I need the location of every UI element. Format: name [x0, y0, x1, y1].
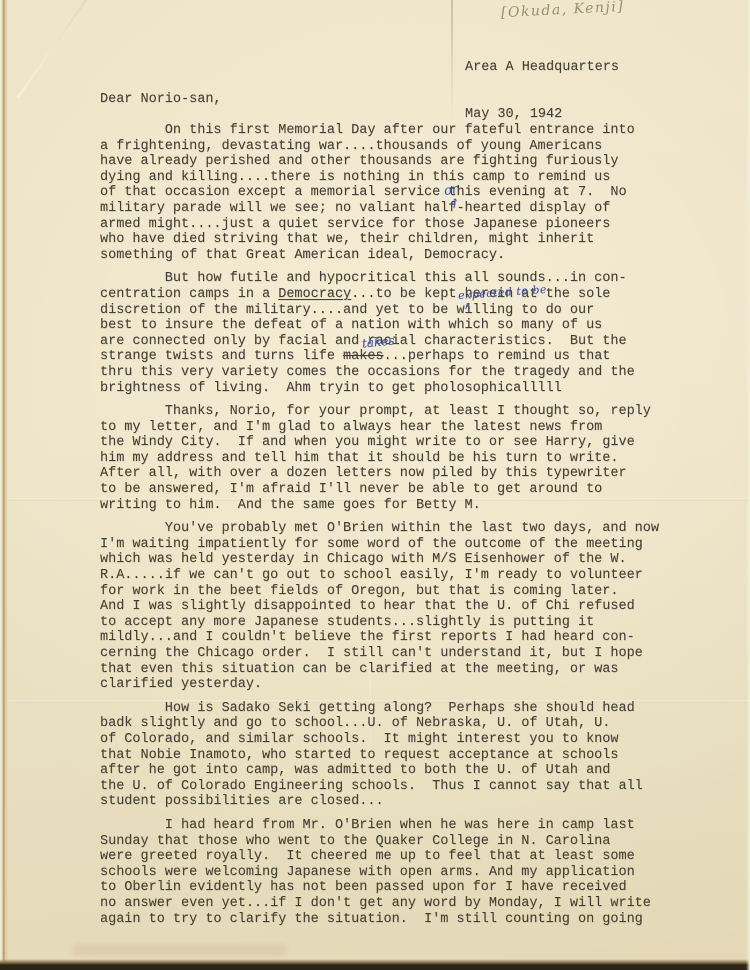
heading-organization: Area A Headquarters [465, 60, 619, 76]
letter-line: to be answered, I'm afraid I'll never be… [100, 482, 659, 498]
paragraph: Thanks, Norio, for your prompt, at least… [100, 404, 659, 513]
letter-line: R.A.....if we can't go out to school eas… [100, 568, 659, 584]
letter-line: I had heard from Mr. O'Brien when he was… [100, 818, 659, 834]
letter-line: again to try to clarify the situation. I… [100, 912, 659, 928]
letter-line: I'm waiting impatiently for some word of… [100, 537, 659, 553]
letter-line: How is Sadako Seki getting along? Perhap… [100, 701, 659, 717]
letter-line: But how futile and hypocritical this all… [100, 271, 659, 287]
heading-date: May 30, 1942 [465, 107, 619, 123]
letter-line: You've probably met O'Brien within the l… [100, 521, 659, 537]
letter-line: mildly...and I couldn't believe the firs… [100, 630, 659, 646]
struck-out-word: makes [343, 349, 384, 364]
letter-line: After all, with over a dozen letters now… [100, 466, 659, 482]
page-edge-bottom [0, 959, 750, 970]
letter-line: no answer even yet...if I don't get any … [100, 896, 659, 912]
fold-crease-diagonal [17, 0, 116, 98]
letter-line: writing to him. And the same goes for Be… [100, 498, 659, 514]
faint-bleed-through-mark [72, 944, 287, 956]
letter-line: armed might....just a quiet service for … [100, 217, 659, 233]
letter-line: Thanks, Norio, for your prompt, at least… [100, 404, 659, 420]
letter-body: On this first Memorial Day after our fat… [100, 123, 659, 935]
letter-line: cerning the Chicago order. I still can't… [100, 646, 659, 662]
letter-line: brightness of living. Ahm tryin to get p… [100, 381, 659, 397]
letter-line: On this first Memorial Day after our fat… [100, 123, 659, 139]
letter-line: military parade will we see; no valiant … [100, 201, 659, 217]
letter-line: the U. of Colorado Engineering schools. … [100, 779, 659, 795]
letter-line: that even this situation can be clarifie… [100, 662, 659, 678]
letter-line: something of that Great American ideal, … [100, 248, 659, 264]
letter-line: to Oberlin evidently has not been passed… [100, 880, 659, 896]
letter-line: which was held yesterday in Chicago with… [100, 552, 659, 568]
letter-line: have already perished and other thousand… [100, 154, 659, 170]
letter-line: strange twists and turns life makes...pe… [100, 349, 659, 365]
letter-line: of that occasion except a memorial servi… [100, 185, 659, 201]
page-edge-right [746, 0, 750, 970]
letter-line: clarified yesterday. [100, 677, 659, 693]
letter-line: Sunday that those who went to the Quaker… [100, 834, 659, 850]
text-segment: ...perhaps to remind us that [384, 349, 611, 364]
letter-line: of Colorado, and similar schools. It mig… [100, 732, 659, 748]
paragraph: How is Sadako Seki getting along? Perhap… [100, 701, 659, 810]
letter-line: the Windy City. If and when you might wr… [100, 435, 659, 451]
letter-line: after he got into camp, was admitted to … [100, 763, 659, 779]
paragraph: But how futile and hypocritical this all… [100, 271, 659, 396]
letter-line: dying and killing....there is nothing in… [100, 170, 659, 186]
letter-line: to my letter, and I'm glad to always hea… [100, 420, 659, 436]
text-segment: strange twists and turns life [100, 349, 343, 364]
letter-line: were greeted royally. It cheered me up t… [100, 849, 659, 865]
underlined-word: Democracy [278, 287, 351, 302]
letter-line: a frightening, devastating war....thousa… [100, 139, 659, 155]
paragraph: I had heard from Mr. O'Brien when he was… [100, 818, 659, 927]
letter-line: schools were welcoming Japanese with ope… [100, 865, 659, 881]
letter-line: badk slightly and go to school...U. of N… [100, 716, 659, 732]
insertion-arrow-icon: ↑ [448, 196, 461, 212]
fold-crease-vertical [451, 0, 453, 120]
letter-line: thru this very variety comes the occasio… [100, 365, 659, 381]
letter-line: him my address and tell him that it shou… [100, 451, 659, 467]
letter-page: [Okuda, Kenji] Area A Headquarters May 3… [0, 0, 750, 970]
letter-line: best to insure the defeat of a nation wi… [100, 318, 659, 334]
pencil-annotation-name: [Okuda, Kenji] [501, 0, 625, 21]
paragraph: On this first Memorial Day after our fat… [100, 123, 659, 263]
letter-line: that Nobie Inamoto, who started to reque… [100, 748, 659, 764]
insertion-caret-icon: ∧ [464, 301, 471, 312]
letter-line: student possibilities are closed... [100, 794, 659, 810]
paragraph: You've probably met O'Brien within the l… [100, 521, 659, 693]
letter-line: centration camps in a Democracy...to be … [100, 287, 659, 303]
text-segment: centration camps in a [100, 287, 278, 302]
salutation: Dear Norio-san, [100, 92, 222, 107]
page-edge-left [0, 0, 8, 970]
letter-line: who have died striving that we, their ch… [100, 232, 659, 248]
letter-line: to accept any more Japanese students...s… [100, 615, 659, 631]
letter-line: for work in the beet fields of Oregon, b… [100, 584, 659, 600]
letter-line: discretion of the military....and yet to… [100, 303, 659, 319]
letter-line: And I was slightly disappointed to hear … [100, 599, 659, 615]
